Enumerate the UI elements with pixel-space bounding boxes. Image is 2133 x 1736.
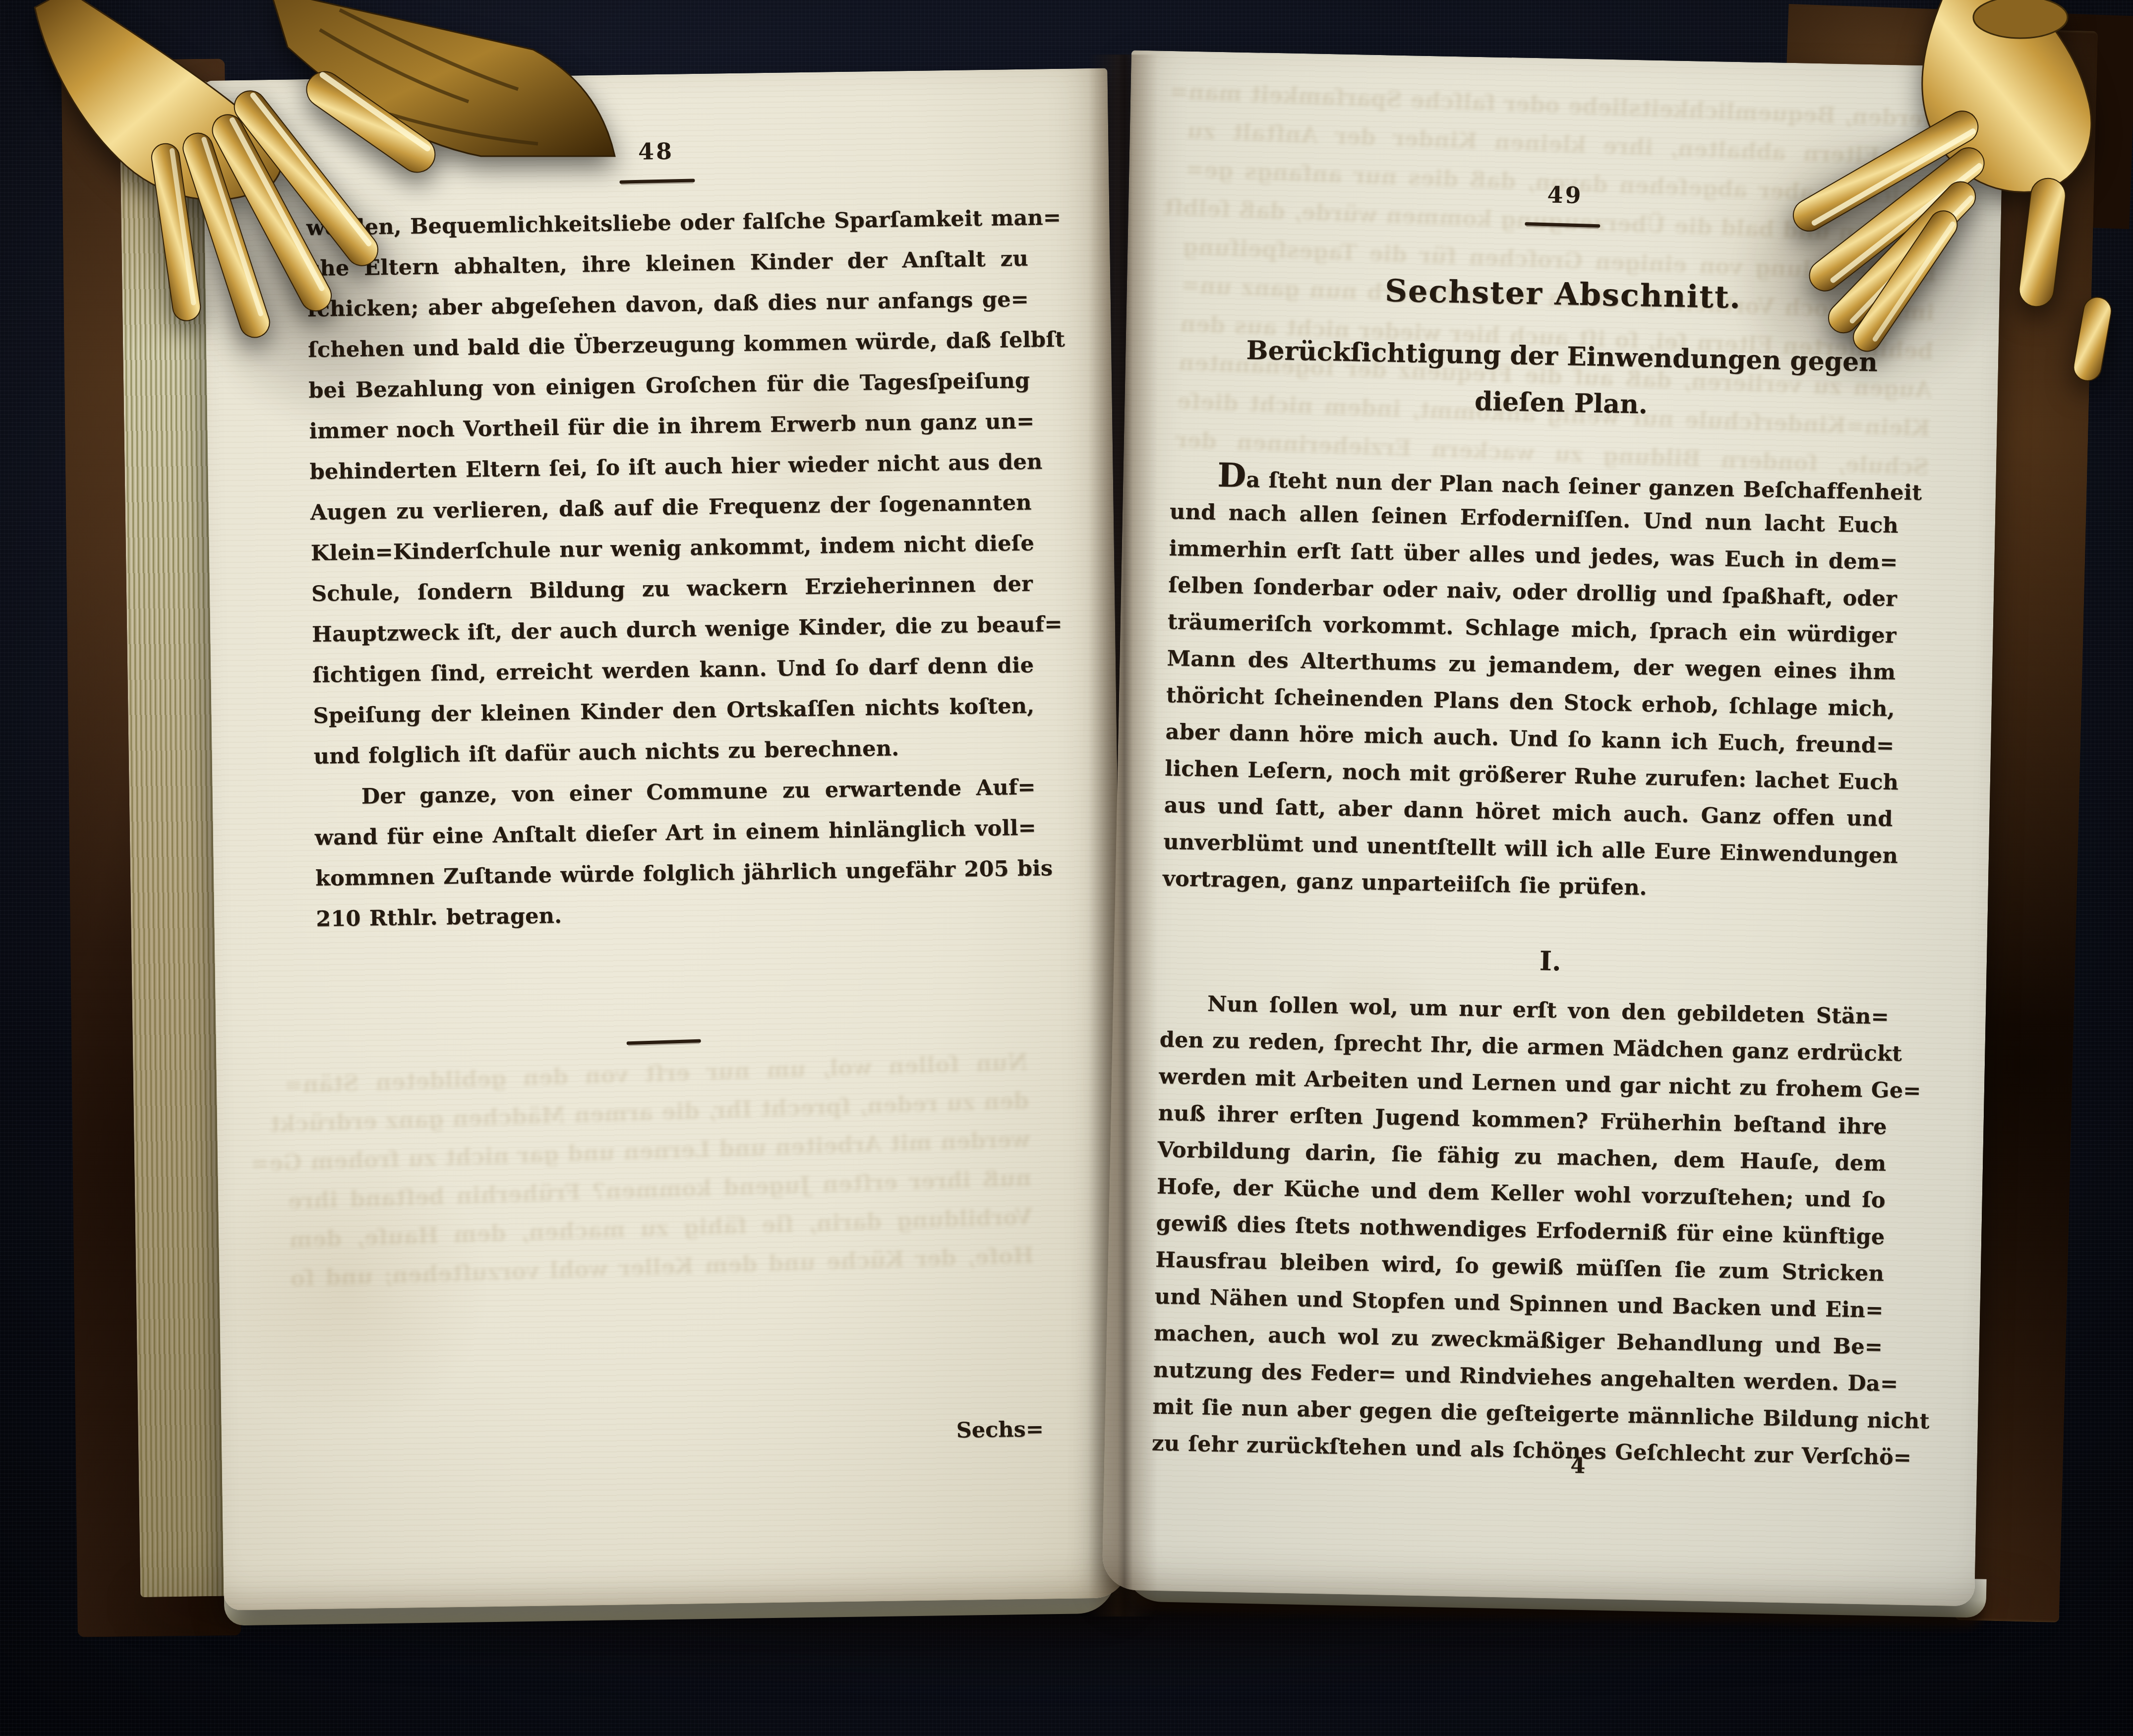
text-block-paragraph2: Nun ſollen wol, um nur erſt von den gebi… [1151, 991, 1889, 1482]
signature-mark: 4 [1570, 1453, 1586, 1479]
brass-hand-page-holder-left-icon [0, 0, 637, 466]
gutter-shadow [1088, 55, 1158, 1616]
bleedthrough-text: Nun ſollen wol, um nur erſt von den gebi… [284, 1050, 1035, 1305]
brass-hand-page-holder-right-icon [1629, 0, 2133, 575]
photo-scene: Nun ſollen wol, um nur erſt von den gebi… [0, 0, 2133, 1736]
catchword: Sechs= [956, 1417, 1044, 1442]
section-numeral: I. [1114, 937, 1987, 985]
cuff [1973, 0, 2068, 38]
section-divider-rule [627, 1039, 701, 1045]
